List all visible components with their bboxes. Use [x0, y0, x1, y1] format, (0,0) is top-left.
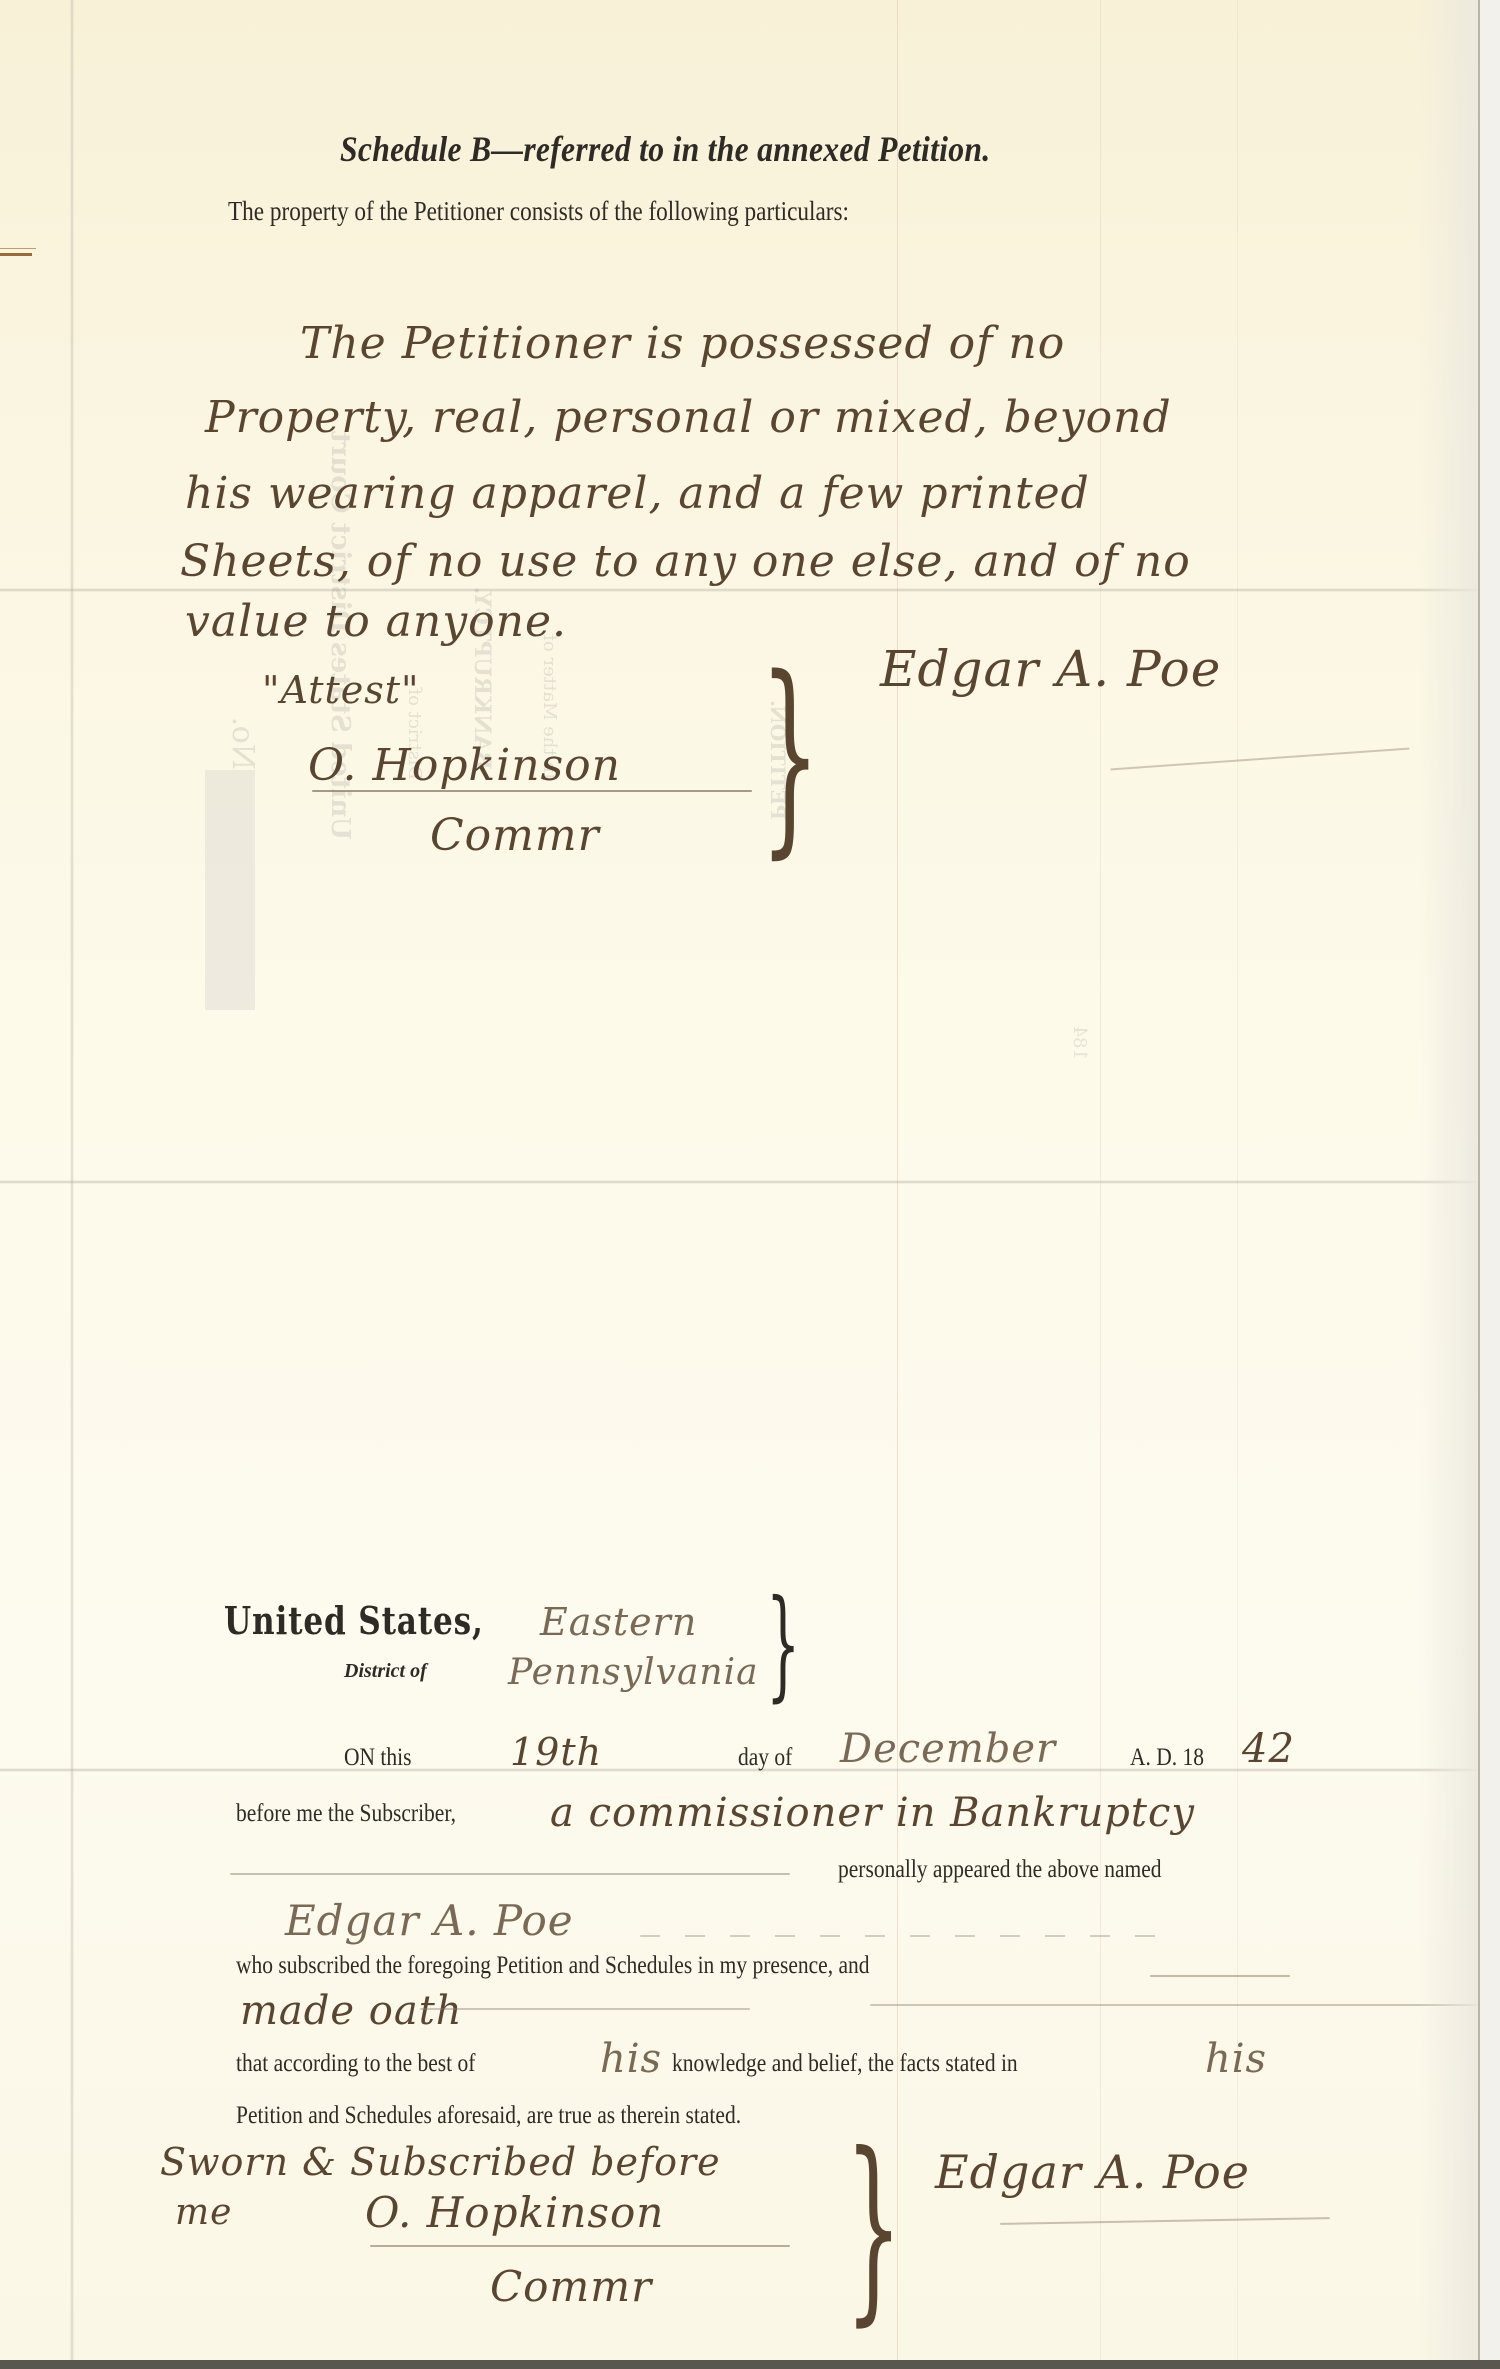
day-value: 19th [510, 1730, 602, 1774]
district-label: District of [344, 1660, 427, 1683]
year-value: 42 [1242, 1726, 1295, 1772]
pronoun-2: his [1205, 2036, 1267, 2082]
made-oath: made oath [240, 1988, 463, 2034]
property-line-2: Property, real, personal or mixed, beyon… [205, 392, 1172, 443]
property-line-3: his wearing apparel, and a few printed [185, 468, 1090, 519]
property-line-1: The Petitioner is possessed of no [300, 318, 1065, 369]
attest-signature-underline [312, 790, 752, 792]
property-line-4: Sheets, of no use to any one else, and o… [180, 536, 1191, 587]
pronoun-1: his [600, 2036, 662, 2082]
blank-line [230, 1873, 790, 1875]
knowledge-label: knowledge and belief, the facts stated i… [672, 2050, 1018, 2078]
dotted-fill [640, 1935, 1160, 1937]
schedule-subtitle: The property of the Petitioner consists … [228, 196, 849, 227]
blank-line [420, 2008, 750, 2010]
bleed-year: 184 [1069, 1026, 1090, 1060]
district-region: Eastern [540, 1600, 697, 1644]
united-states-heading: United States, [224, 1598, 484, 1643]
subscriber-title: a commissioner in Bankruptcy [550, 1790, 1195, 1836]
scan-edge-right [1478, 0, 1500, 2369]
petitioner-signature-affidavit: Edgar A. Poe [935, 2145, 1250, 2199]
property-line-5: value to anyone. [185, 596, 567, 647]
horizontal-fold [0, 1180, 1478, 1184]
district-state: Pennsylvania [508, 1652, 759, 1693]
document-page: No. United States District Court Distric… [0, 0, 1478, 2360]
bleed-number: No. [225, 717, 260, 770]
blank-line [870, 2004, 1490, 2006]
ad-label: A. D. 18 [1130, 1744, 1204, 1772]
signature-flourish [1000, 2217, 1330, 2225]
before-me-label: before me the Subscriber, [236, 1800, 456, 1828]
signature-line [1110, 748, 1409, 771]
commissioner-title: Commr [490, 2262, 652, 2311]
blank-line [1150, 1975, 1290, 1977]
according-label: that according to the best of [236, 2050, 475, 2078]
attest-title: Commr [430, 810, 600, 861]
petitioner-signature-schedule: Edgar A. Poe [880, 640, 1221, 698]
commissioner-underline [370, 2245, 790, 2247]
month-value: December [840, 1726, 1056, 1772]
who-subscribed-label: who subscribed the foregoing Petition an… [236, 1952, 870, 1980]
on-this-label: ON this [344, 1744, 411, 1772]
personally-appeared-label: personally appeared the above named [838, 1856, 1162, 1884]
bleed-number-box [205, 770, 255, 1010]
commissioner-signature: O. Hopkinson [365, 2188, 664, 2237]
horizontal-fold [0, 588, 1478, 592]
attest-signature: O. Hopkinson [308, 740, 621, 791]
scan-edge-bottom [0, 2360, 1500, 2369]
sworn-line-2: me [175, 2192, 232, 2233]
margin-mark [0, 248, 36, 249]
petitioner-name: Edgar A. Poe [285, 1896, 574, 1945]
attest-brace: } [760, 650, 820, 860]
district-brace: } [766, 1585, 800, 1705]
day-of-label: day of [738, 1744, 792, 1772]
margin-mark [0, 253, 32, 256]
petition-true-label: Petition and Schedules aforesaid, are tr… [236, 2102, 741, 2130]
sworn-brace: } [845, 2128, 902, 2328]
attest-label: "Attest" [262, 668, 420, 712]
schedule-title: Schedule B—referred to in the annexed Pe… [340, 128, 990, 170]
sworn-line-1: Sworn & Subscribed before [160, 2140, 721, 2184]
